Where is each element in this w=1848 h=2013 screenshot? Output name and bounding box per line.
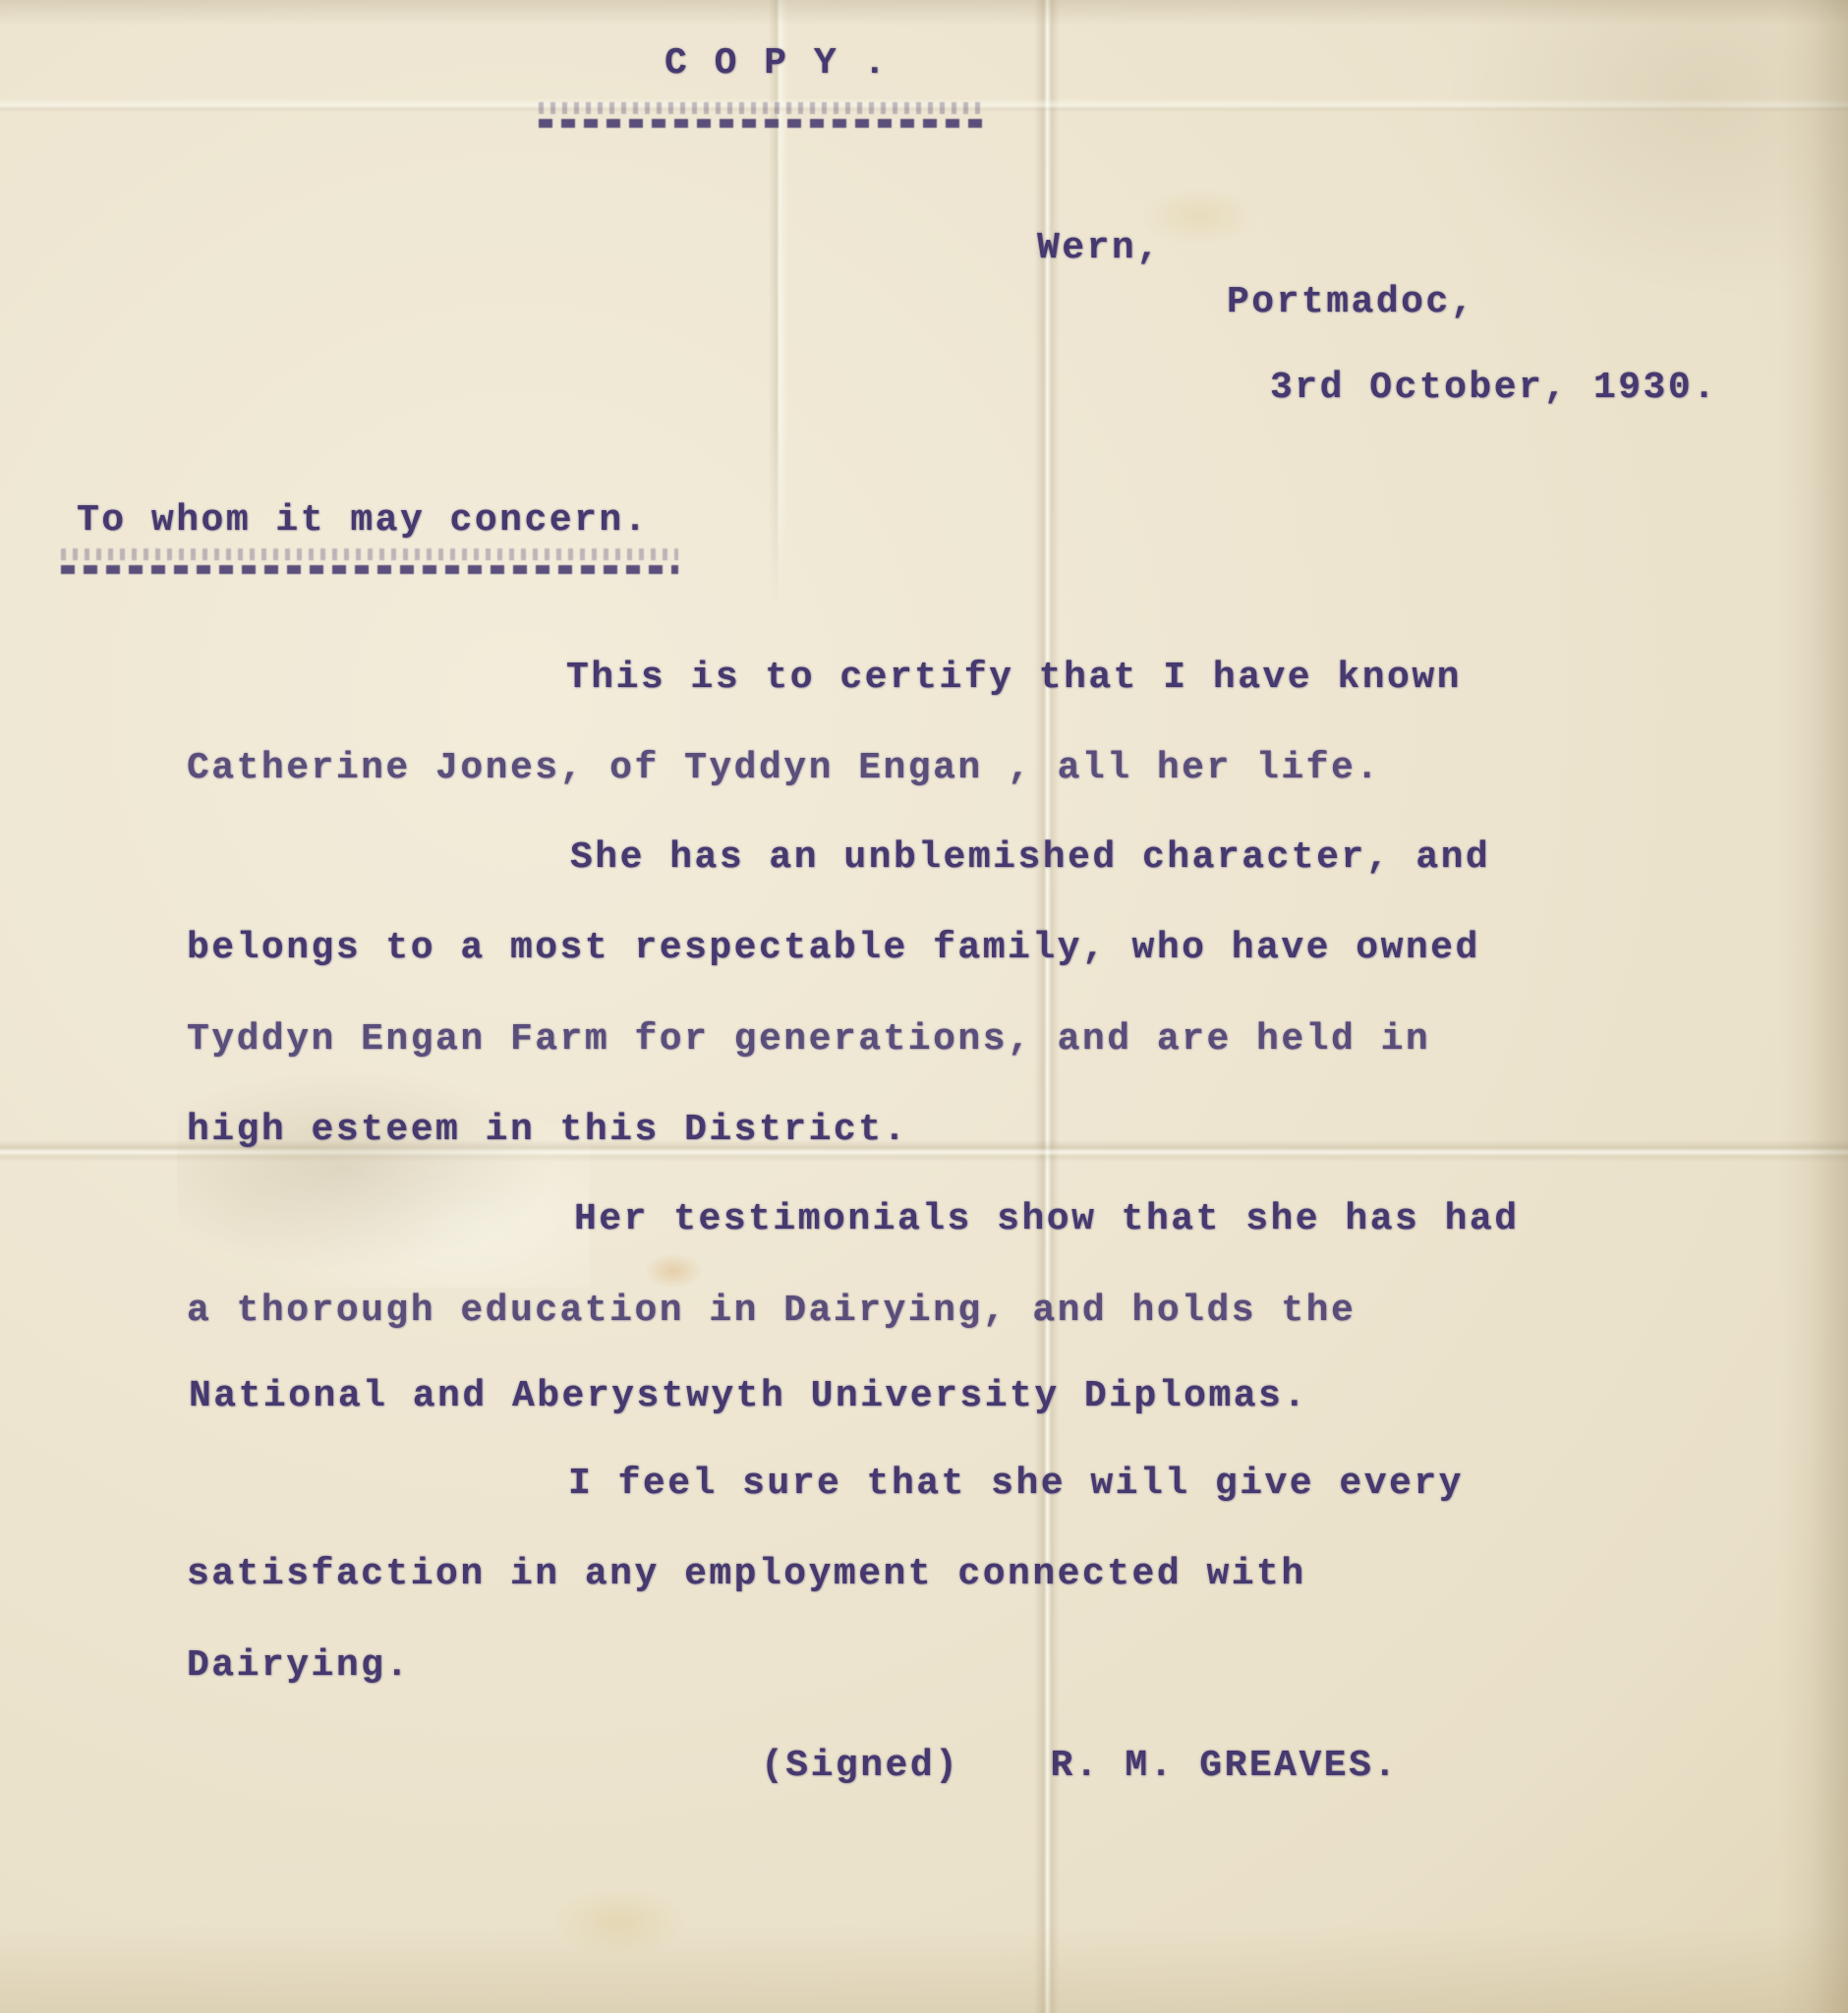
salutation-underline — [61, 548, 678, 574]
vertical-fold-crease — [1034, 0, 1060, 2013]
body-line: Dairying. — [187, 1647, 411, 1685]
crumple-mark-top-right — [1425, 0, 1848, 315]
signature-line: (Signed)R. M. GREAVES. — [761, 1748, 1399, 1785]
vertical-fold-crease-top — [769, 0, 788, 609]
body-line: She has an unblemished character, and — [570, 839, 1490, 877]
body-line: National and Aberystwyth University Dipl… — [189, 1378, 1308, 1415]
address-line-place: Wern, — [1037, 230, 1162, 267]
crumple-mark-left — [177, 1071, 590, 1288]
body-line: This is to certify that I have known — [566, 660, 1462, 697]
body-line: belongs to a most respectable family, wh… — [187, 930, 1480, 967]
body-line: a thorough education in Dairying, and ho… — [187, 1293, 1356, 1330]
salutation: To whom it may concern. — [77, 502, 649, 540]
paper-edge-shadow-bottom — [0, 1925, 1848, 2013]
body-line: satisfaction in any employment connected… — [187, 1556, 1306, 1593]
body-line: Tyddyn Engan Farm for generations, and a… — [187, 1021, 1430, 1059]
letter-page: C O P Y . Wern, Portmadoc, 3rd October, … — [0, 0, 1848, 2013]
copy-heading: C O P Y . — [664, 45, 889, 83]
body-line: Her testimonials show that she has had — [574, 1201, 1520, 1238]
address-line-town: Portmadoc, — [1227, 284, 1475, 321]
copy-heading-underline — [539, 102, 986, 128]
body-line: Catherine Jones, of Tyddyn Engan , all h… — [187, 750, 1381, 787]
paper-edge-shadow-right — [1779, 0, 1848, 2013]
signature-name: R. M. GREAVES. — [1050, 1745, 1398, 1787]
body-line: I feel sure that she will give every — [568, 1466, 1464, 1503]
paper-stain — [550, 1887, 688, 1956]
paper-stain — [644, 1253, 703, 1289]
date-line: 3rd October, 1930. — [1270, 370, 1717, 407]
paper-edge-shadow-top — [0, 0, 1848, 26]
body-line: high esteem in this District. — [187, 1112, 908, 1149]
signed-label: (Signed) — [761, 1745, 959, 1787]
